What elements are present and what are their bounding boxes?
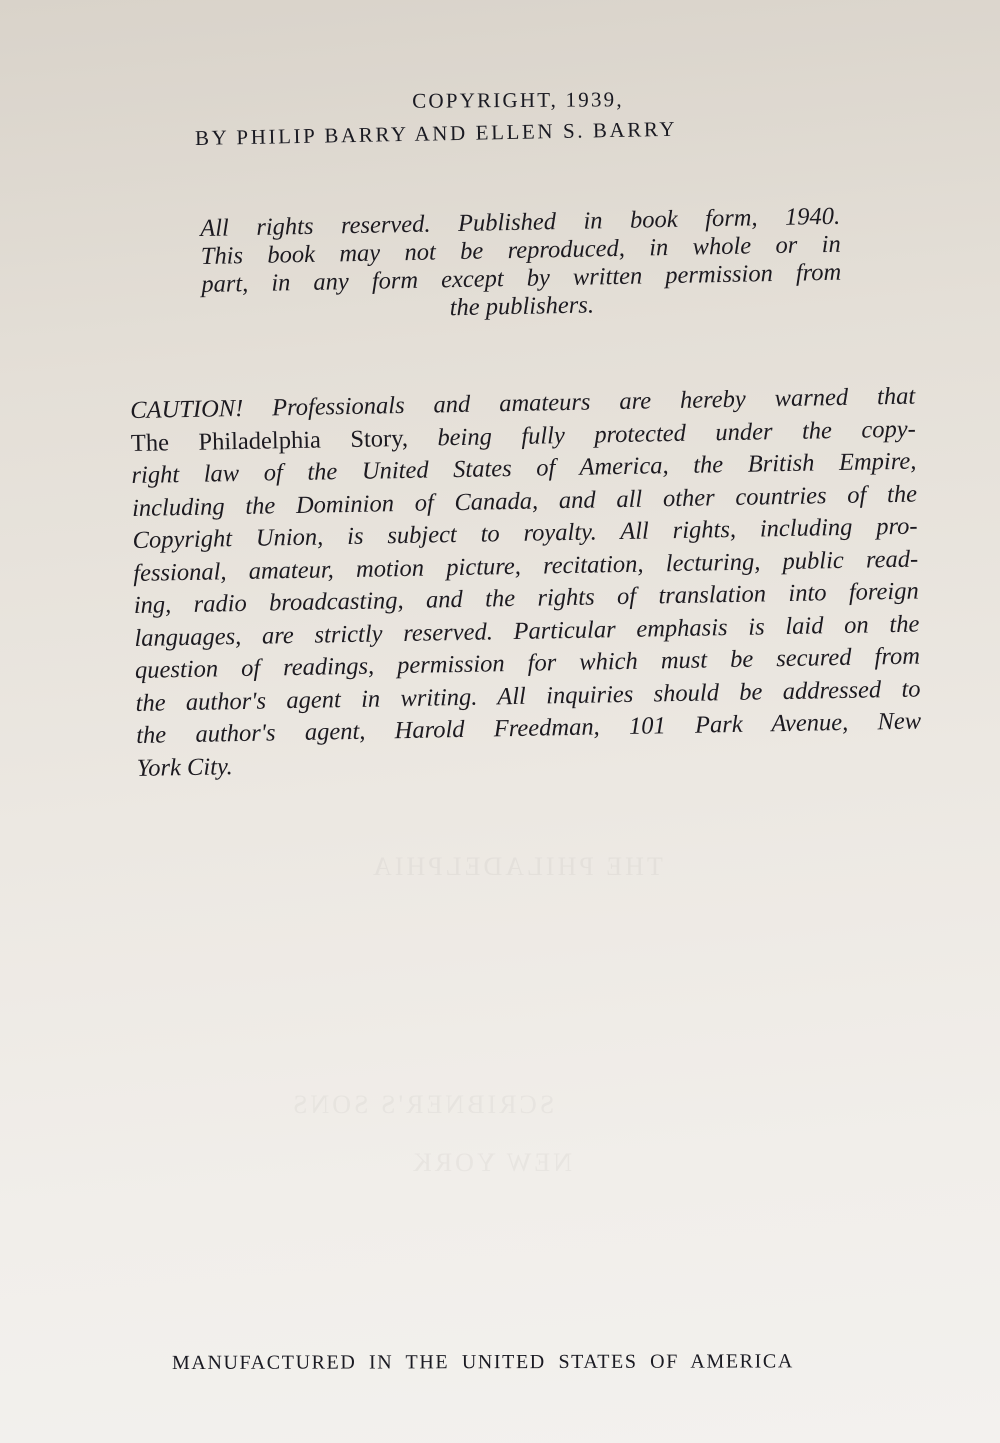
- show-through-text: ​THE PHILADELPHIA: [370, 852, 663, 882]
- rights-notice: All rights reserved. Published in book f…: [200, 203, 842, 327]
- caution-notice-text: being fully protected under the copy-: [408, 415, 916, 451]
- book-page: ​THE PHILADELPHIA ​SCRIBNER'S SONS ​NEW …: [0, 0, 1000, 1443]
- copyright-line: COPYRIGHT, 1939,: [18, 85, 1000, 117]
- caution-notice: CAUTION! Professionals and amateurs are …: [130, 381, 922, 785]
- show-through-text: ​NEW YORK: [410, 1148, 572, 1178]
- play-title: The Philadelphia Story,: [131, 424, 409, 456]
- imprint-line: MANUFACTURED IN THE UNITED STATES OF AME…: [172, 1350, 794, 1375]
- show-through-text: ​SCRIBNER'S SONS: [290, 1090, 554, 1120]
- copyright-holders: BY PHILIP BARRY AND ELLEN S. BARRY: [195, 117, 678, 151]
